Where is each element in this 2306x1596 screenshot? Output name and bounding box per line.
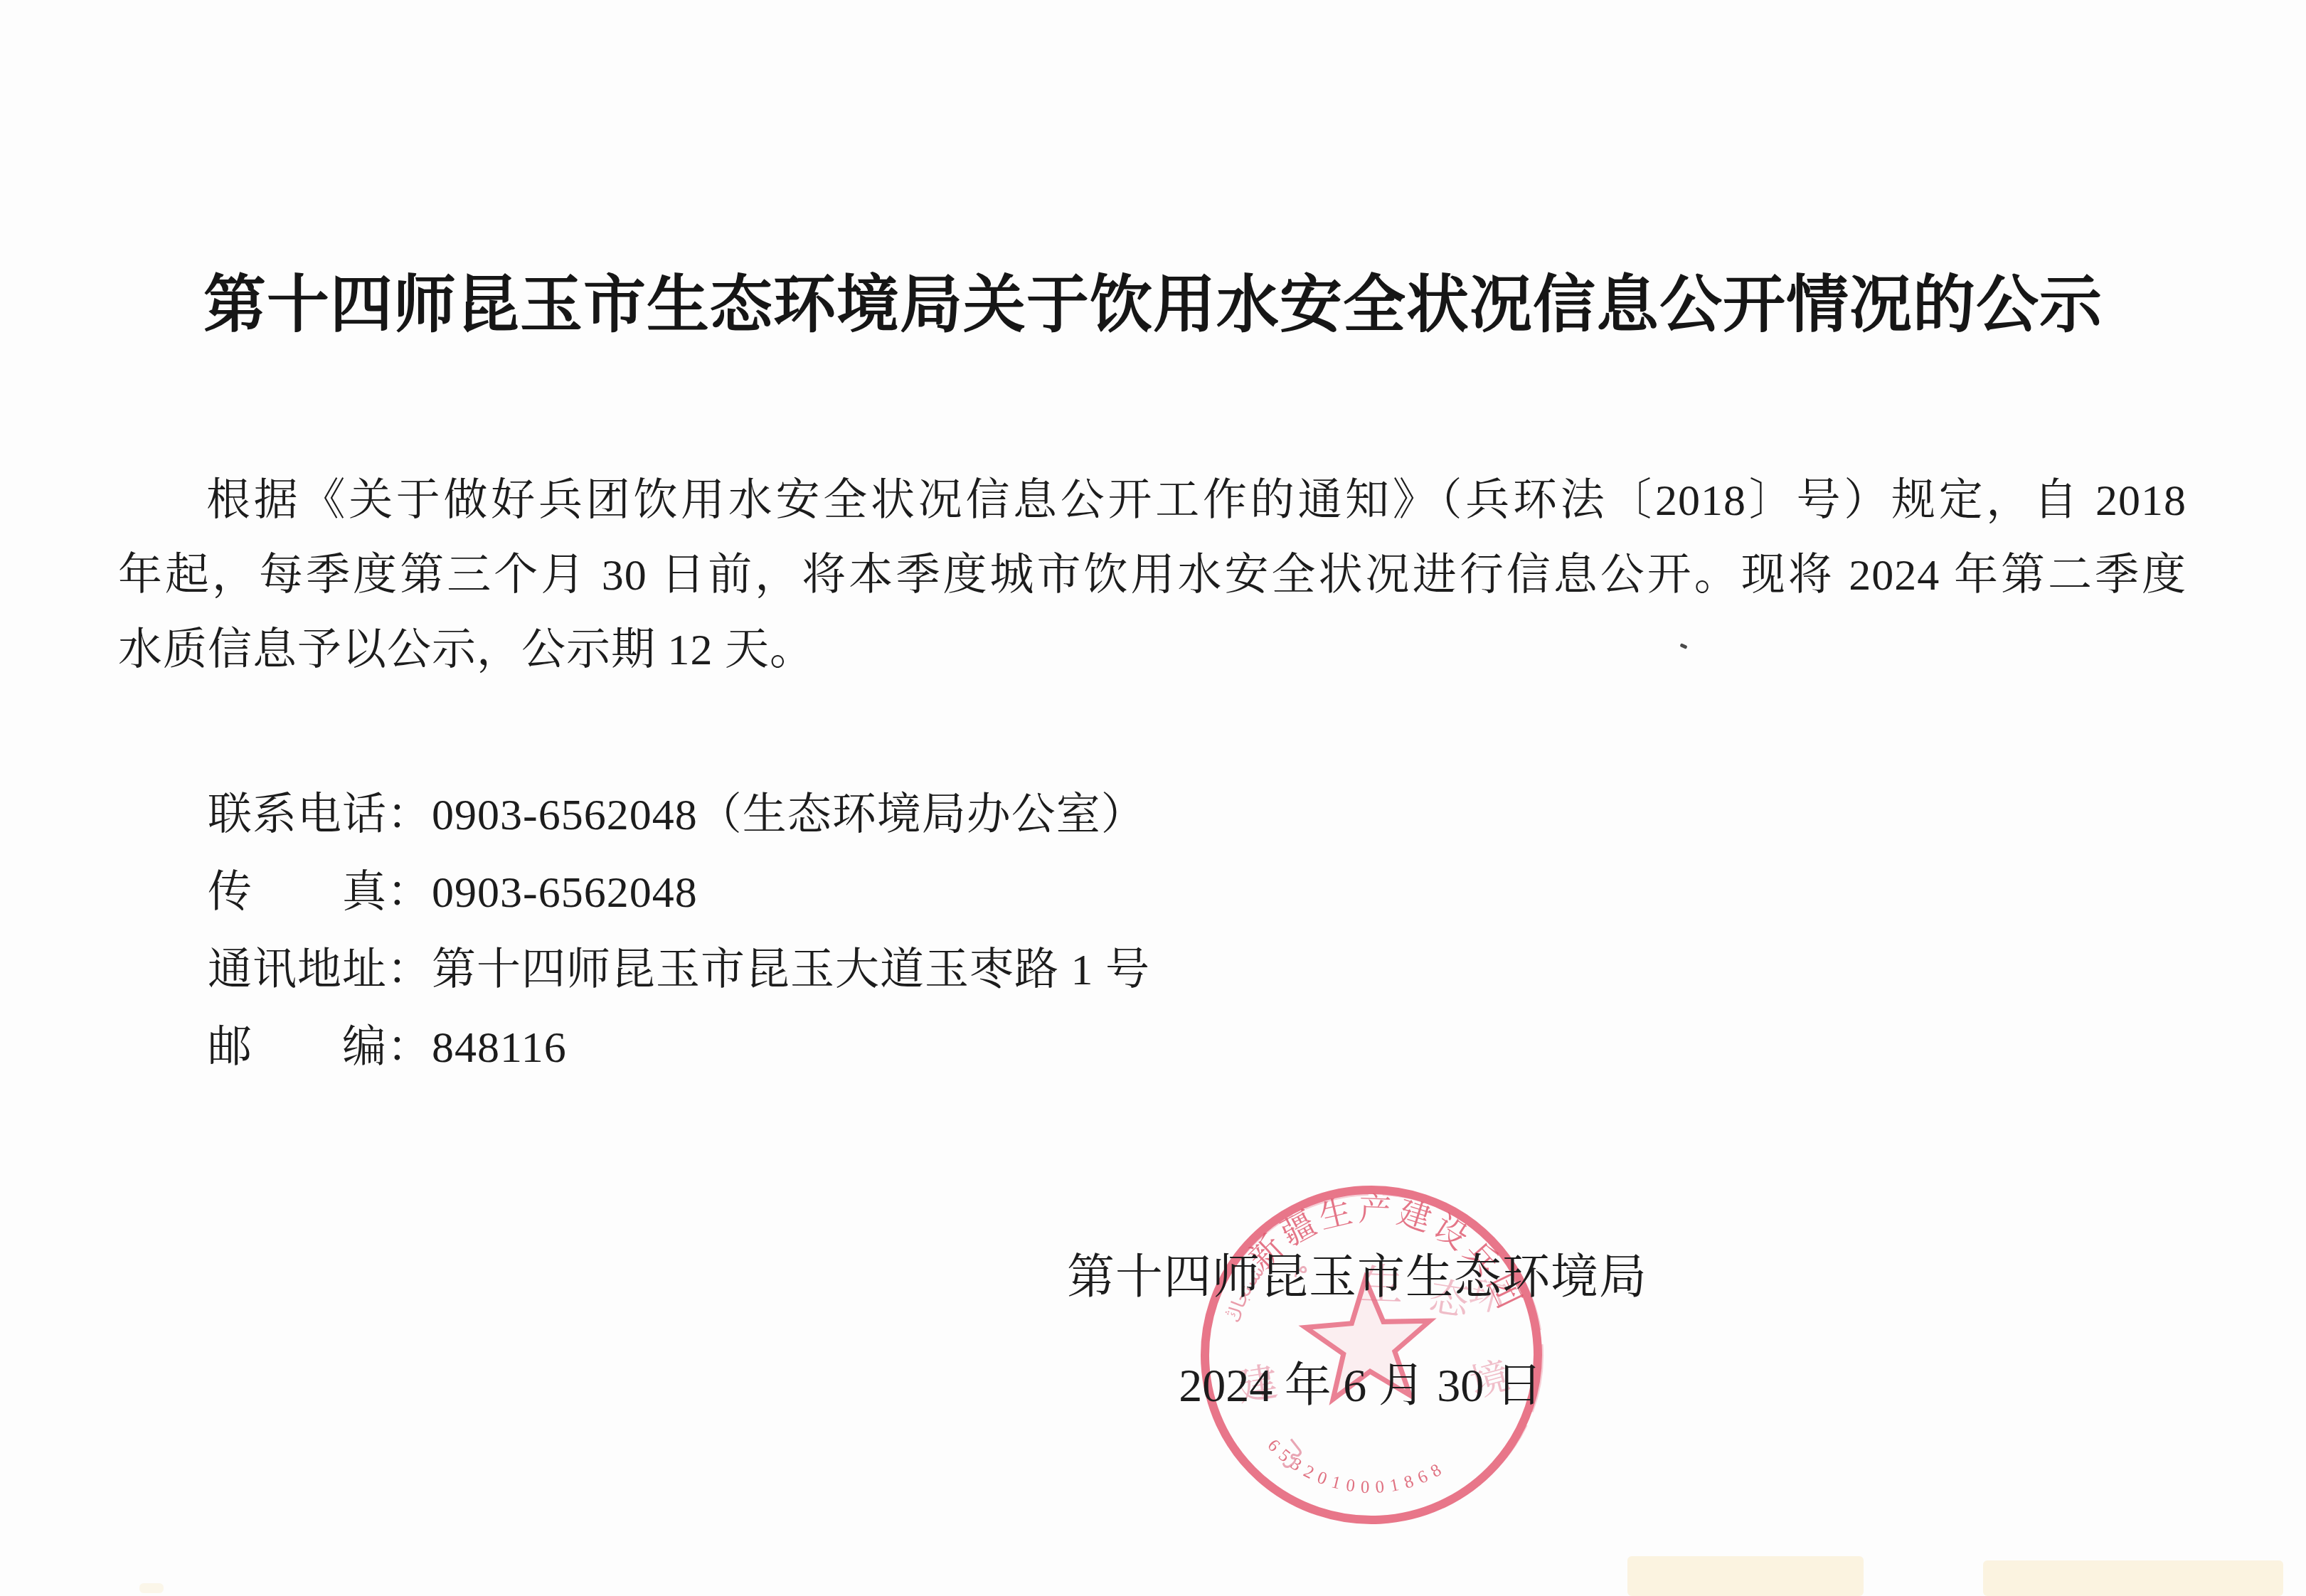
paragraph-line-2: 年起，每季度第三个月 30 日前，将本季度城市饮用水安全状况进行信息公开。现将 … (118, 538, 2187, 613)
contact-row-postcode: 邮 编：848116 (208, 1009, 1150, 1087)
signature-org-line: 第十四师昆玉市生态环境局 (1067, 1249, 1647, 1306)
scan-smudge (1983, 1560, 2283, 1596)
signature-date-line: 2024 年 6 月 30 日 (1098, 1358, 1624, 1414)
scan-smudge (139, 1583, 164, 1593)
contact-value: 0903-6562048 (432, 868, 698, 917)
contact-value: 0903-6562048（生态环境局办公室） (432, 791, 1146, 839)
contact-label: 联系电话： (208, 791, 432, 839)
contact-row-fax: 传 真：0903-6562048 (208, 854, 1150, 932)
body-paragraph: 根据《关于做好兵团饮用水安全状况信息公开工作的通知》（兵环法〔2018〕号）规定… (118, 464, 2187, 688)
scanned-notice-page: 第十四师昆玉市生态环境局关于饮用水安全状况信息公开情况的公示 根据《关于做好兵团… (0, 0, 2306, 1596)
paragraph-line-1: 根据《关于做好兵团饮用水安全状况信息公开工作的通知》（兵环法〔2018〕号）规定… (118, 464, 2187, 538)
contact-value: 848116 (432, 1023, 567, 1072)
official-red-seal: شىنجاڭ 新疆生产建设兵团 6532010001868 生 态 建 环 境 … (1185, 1171, 1558, 1538)
contact-label: 邮 编： (208, 1023, 432, 1072)
contact-row-address: 通讯地址：第十四师昆玉市昆玉大道玉枣路 1 号 (208, 932, 1150, 1009)
document-title: 第十四师昆玉市生态环境局关于饮用水安全状况信息公开情况的公示 (0, 255, 2306, 344)
contact-row-phone: 联系电话：0903-6562048（生态环境局办公室） (208, 777, 1150, 854)
contact-label: 通讯地址： (208, 946, 432, 994)
scan-smudge (1627, 1556, 1864, 1596)
contact-value: 第十四师昆玉市昆玉大道玉枣路 1 号 (432, 946, 1150, 994)
paragraph-line-3: 水质信息予以公示，公示期 12 天。 (118, 613, 2187, 688)
contact-label: 传 真： (208, 868, 432, 917)
contact-info-block: 联系电话：0903-6562048（生态环境局办公室） 传 真：0903-656… (208, 777, 1150, 1087)
